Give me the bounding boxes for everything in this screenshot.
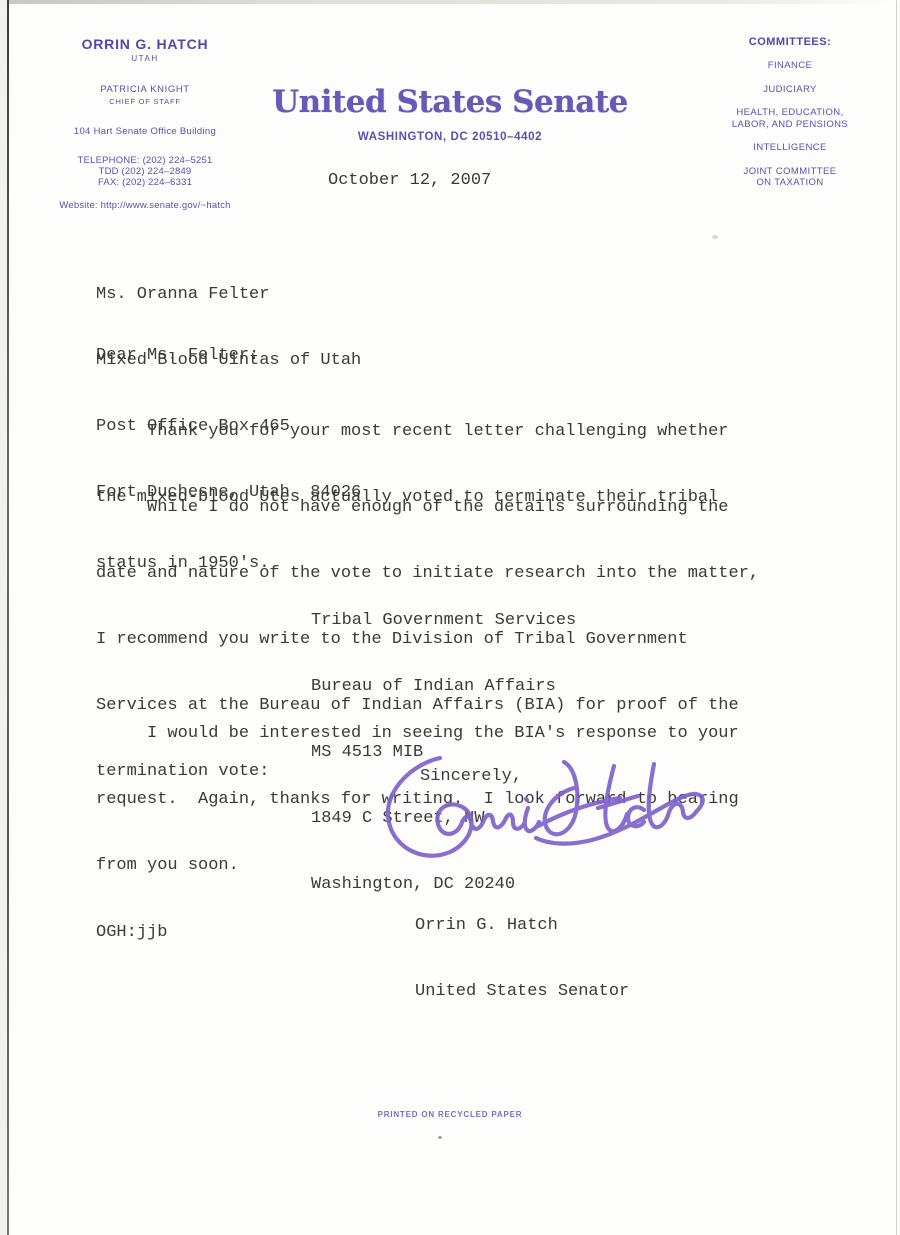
scan-edge-left-margin	[0, 0, 7, 1235]
committee-item: JOINT COMMITTEE ON TAXATION	[690, 166, 890, 189]
senator-name: ORRIN G. HATCH	[25, 36, 265, 52]
paragraph-line: I would be interested in seeing the BIA'…	[96, 723, 739, 745]
senator-state: UTAH	[25, 54, 265, 63]
bia-address-line: Tribal Government Services	[311, 610, 576, 632]
committee-item: FINANCE	[690, 60, 890, 72]
letter-date: October 12, 2007	[328, 170, 491, 192]
salutation: Dear Ms. Felter:	[96, 345, 259, 367]
committees-heading: COMMITTEES:	[690, 36, 890, 48]
paragraph-line: Thank you for your most recent letter ch…	[96, 421, 729, 443]
committee-item: JUDICIARY	[690, 84, 890, 96]
recipient-name: Ms. Oranna Felter	[96, 284, 361, 306]
website-url: Website: http://www.senate.gov/~hatch	[25, 200, 265, 211]
signer-title: United States Senator	[415, 981, 629, 1003]
committee-item: HEALTH, EDUCATION, LABOR, AND PENSIONS	[690, 107, 890, 130]
signer-block: Orrin G. Hatch United States Senator	[415, 871, 629, 1047]
scan-edge-right-line	[896, 0, 897, 1235]
telephone-number: TELEPHONE: (202) 224–5251	[25, 155, 265, 166]
letterhead-committees: COMMITTEES: FINANCE JUDICIARY HEALTH, ED…	[690, 36, 890, 189]
signer-name: Orrin G. Hatch	[415, 915, 629, 937]
scan-edge-top	[0, 0, 900, 4]
tdd-number: TDD (202) 224–2849	[25, 166, 265, 177]
chief-of-staff-name: PATRICIA KNIGHT	[25, 84, 265, 95]
letterhead-center: United States Senate WASHINGTON, DC 2051…	[250, 84, 650, 143]
institution-name: United States Senate	[250, 84, 650, 120]
paragraph-line: While I do not have enough of the detail…	[96, 497, 759, 519]
chief-of-staff-title: CHIEF OF STAFF	[25, 97, 265, 106]
committee-item: INTELLIGENCE	[690, 142, 890, 154]
ink-speck	[438, 1136, 442, 1139]
scan-edge-left-line	[7, 0, 9, 1235]
fax-number: FAX: (202) 224–6331	[25, 177, 265, 188]
handwritten-signature-icon	[378, 752, 708, 877]
recycled-paper-note: PRINTED ON RECYCLED PAPER	[0, 1110, 900, 1119]
reference-initials: OGH:jjb	[96, 922, 167, 944]
contact-numbers: TELEPHONE: (202) 224–5251 TDD (202) 224–…	[25, 155, 265, 188]
scan-smudge	[712, 235, 718, 239]
office-address: 104 Hart Senate Office Building	[25, 126, 265, 137]
letterhead-left-column: ORRIN G. HATCH UTAH PATRICIA KNIGHT CHIE…	[25, 36, 265, 211]
scanned-letter-page: ORRIN G. HATCH UTAH PATRICIA KNIGHT CHIE…	[0, 0, 900, 1235]
institution-address: WASHINGTON, DC 20510–4402	[250, 131, 650, 143]
